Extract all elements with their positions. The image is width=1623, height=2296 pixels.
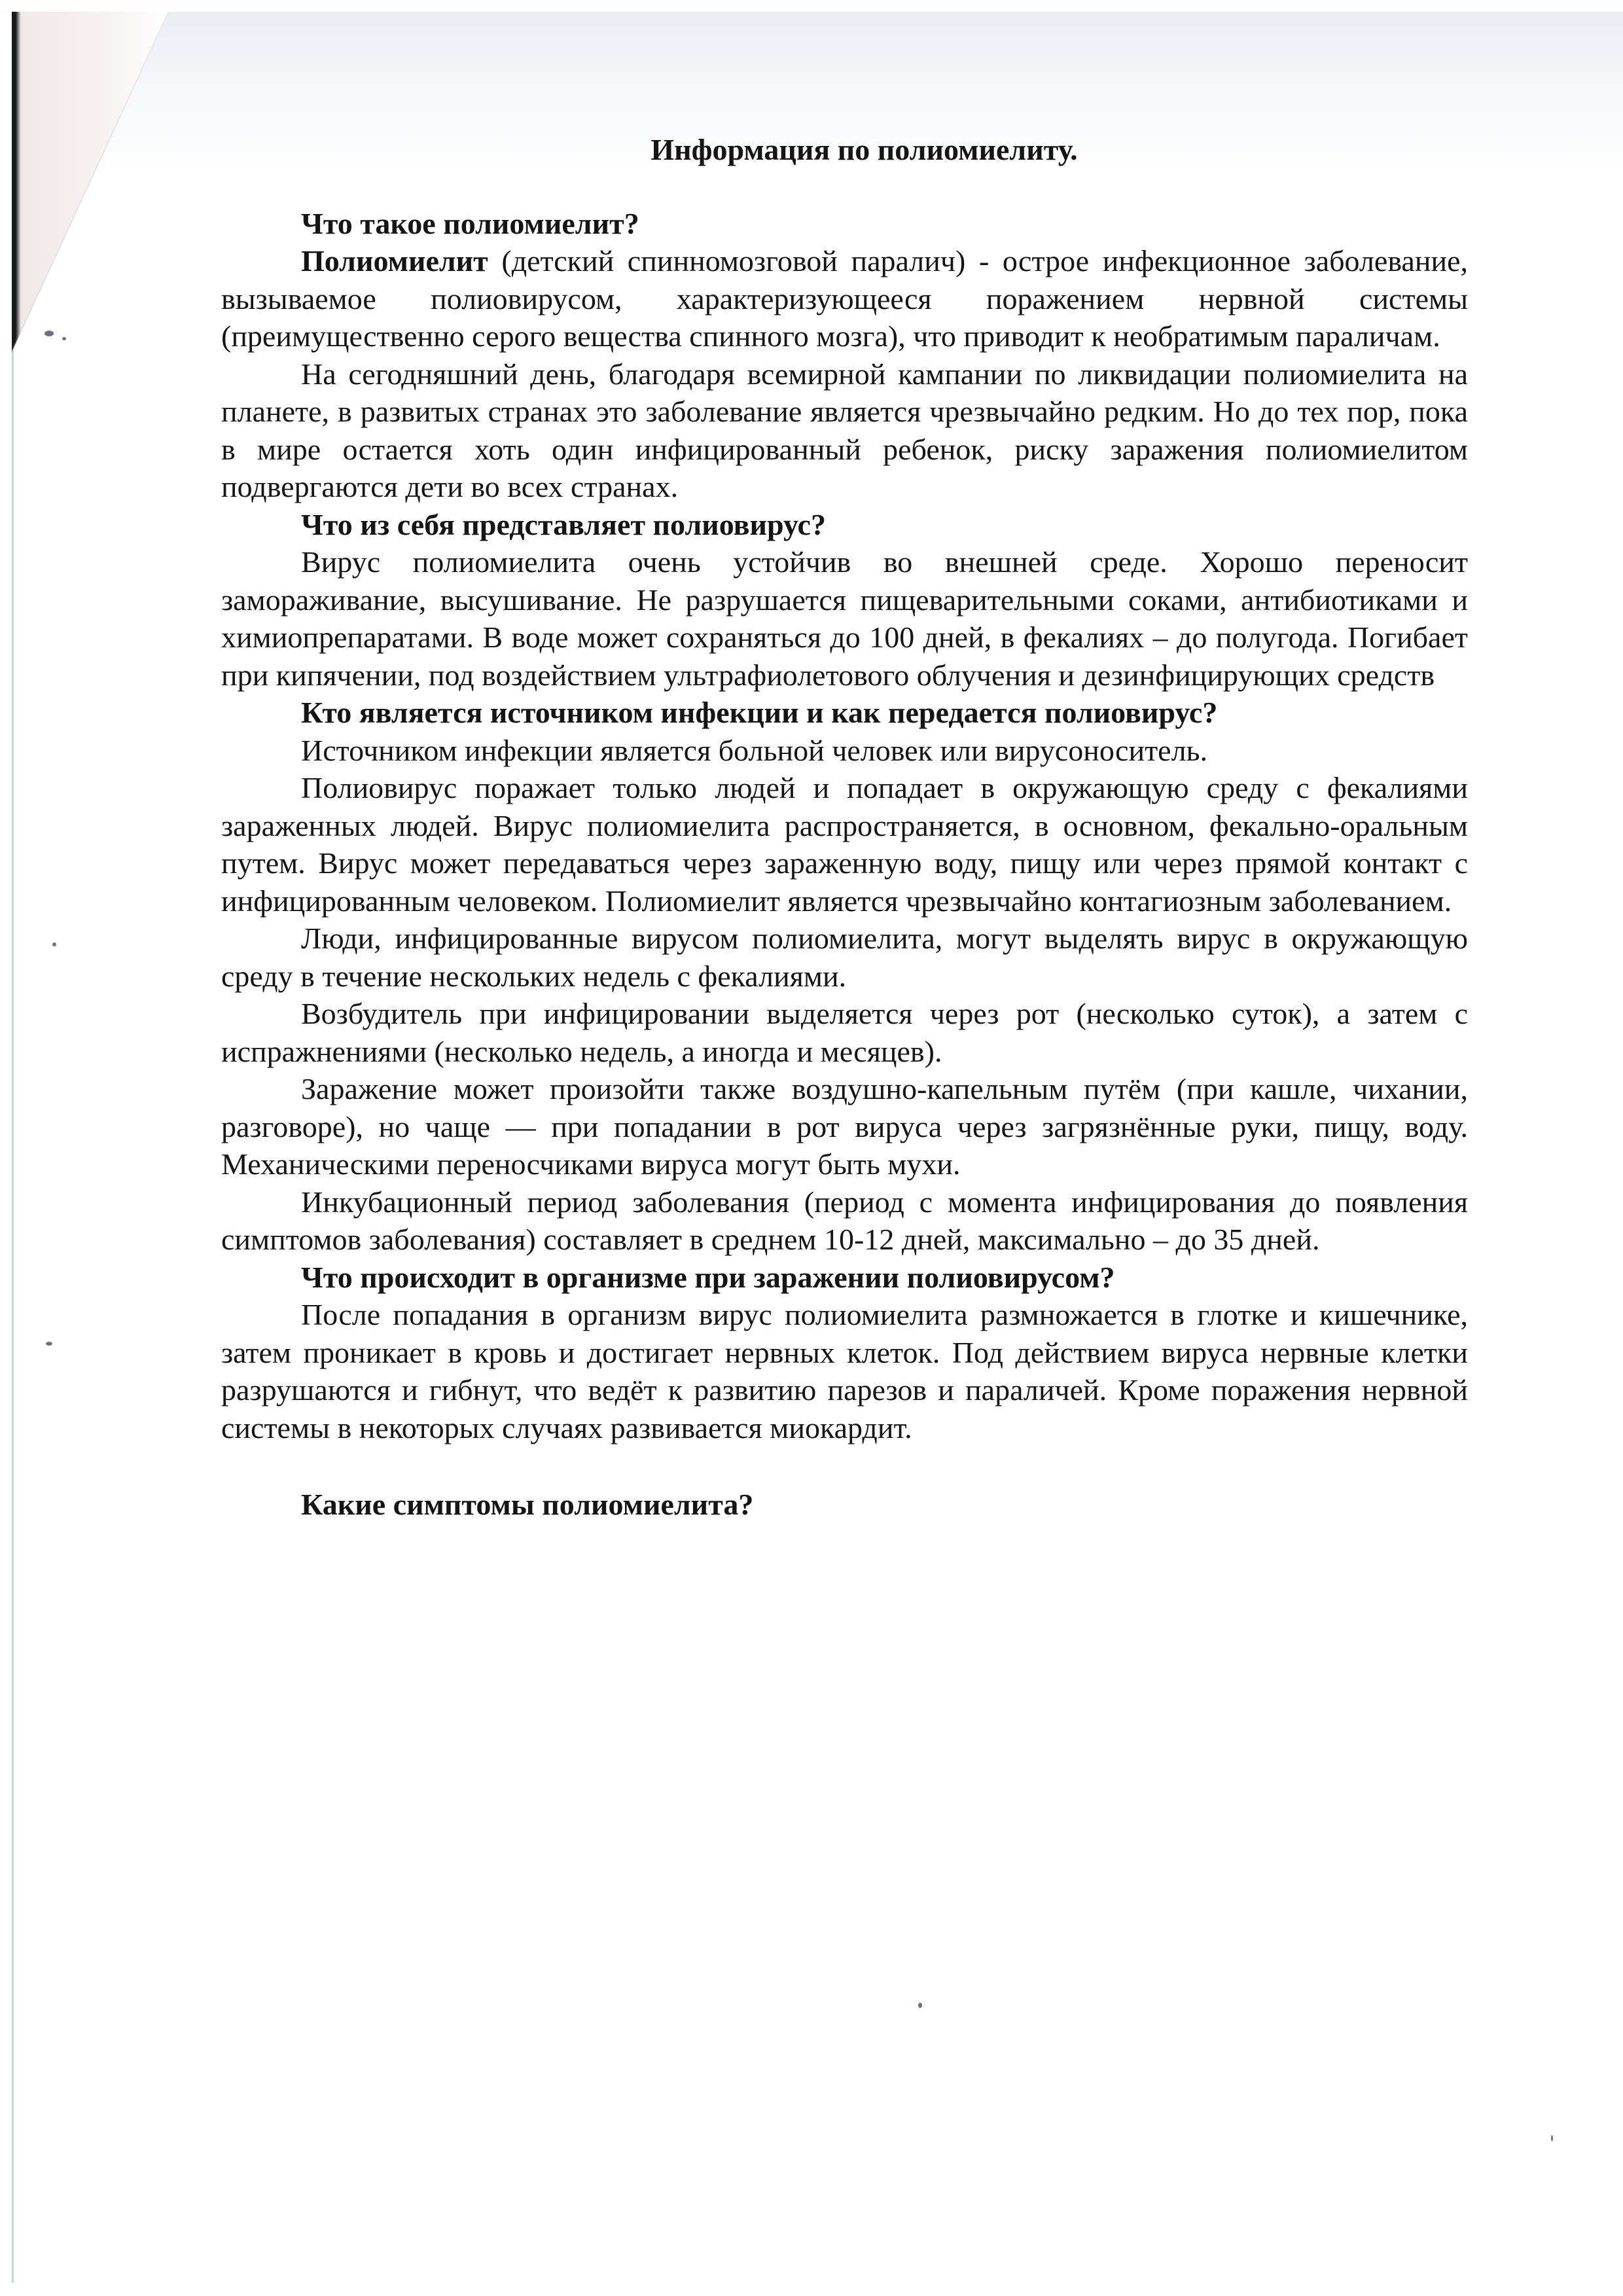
scan-speck xyxy=(46,1342,52,1346)
section-what-is-poliovirus: Что из себя представляет полиовирус? Вир… xyxy=(221,506,1468,694)
document-title: Информация по полиомиелиту. xyxy=(221,131,1468,169)
section-what-is-polio: Что такое полиомиелит? Полиомиелит (детс… xyxy=(221,205,1468,506)
paragraph: Возбудитель при инфицировании выделяется… xyxy=(221,995,1468,1070)
section-heading: Кто является источником инфекции и как п… xyxy=(221,694,1468,732)
scan-speck xyxy=(1551,2135,1553,2142)
scan-speck xyxy=(62,337,66,340)
section-symptoms: Какие симптомы полиомиелита? xyxy=(221,1486,1468,1524)
paragraph: Люди, инфицированные вирусом полиомиелит… xyxy=(221,920,1468,995)
scan-speck xyxy=(45,331,54,336)
paragraph: Инкубационный период заболевания (период… xyxy=(221,1183,1468,1259)
paragraph: После попадания в организм вирус полиоми… xyxy=(221,1296,1468,1446)
paragraph: Вирус полиомиелита очень устойчив во вне… xyxy=(221,543,1468,694)
spacer xyxy=(221,1446,1468,1486)
paragraph: На сегодняшний день, благодаря всемирной… xyxy=(221,355,1468,506)
paragraph: Полиомиелит (детский спинномозговой пара… xyxy=(221,242,1468,355)
section-what-happens-in-body: Что происходит в организме при заражении… xyxy=(221,1259,1468,1447)
scan-speck xyxy=(52,942,56,946)
scan-speck xyxy=(918,2003,922,2008)
section-heading: Что происходит в организме при заражении… xyxy=(221,1259,1468,1297)
paragraph: Заражение может произойти также воздушно… xyxy=(221,1070,1468,1183)
section-heading: Какие симптомы полиомиелита? xyxy=(221,1486,1468,1524)
section-infection-source: Кто является источником инфекции и как п… xyxy=(221,694,1468,1259)
paragraph: Источником инфекции является больной чел… xyxy=(221,732,1468,770)
section-heading: Что из себя представляет полиовирус? xyxy=(221,506,1468,544)
scan-top-margin xyxy=(0,0,1623,12)
paragraph: Полиовирус поражает только людей и попад… xyxy=(221,769,1468,920)
paragraph-lead-term: Полиомиелит xyxy=(301,244,488,278)
document-body: Информация по полиомиелиту. Что такое по… xyxy=(221,131,1468,1524)
section-heading: Что такое полиомиелит? xyxy=(221,205,1468,243)
